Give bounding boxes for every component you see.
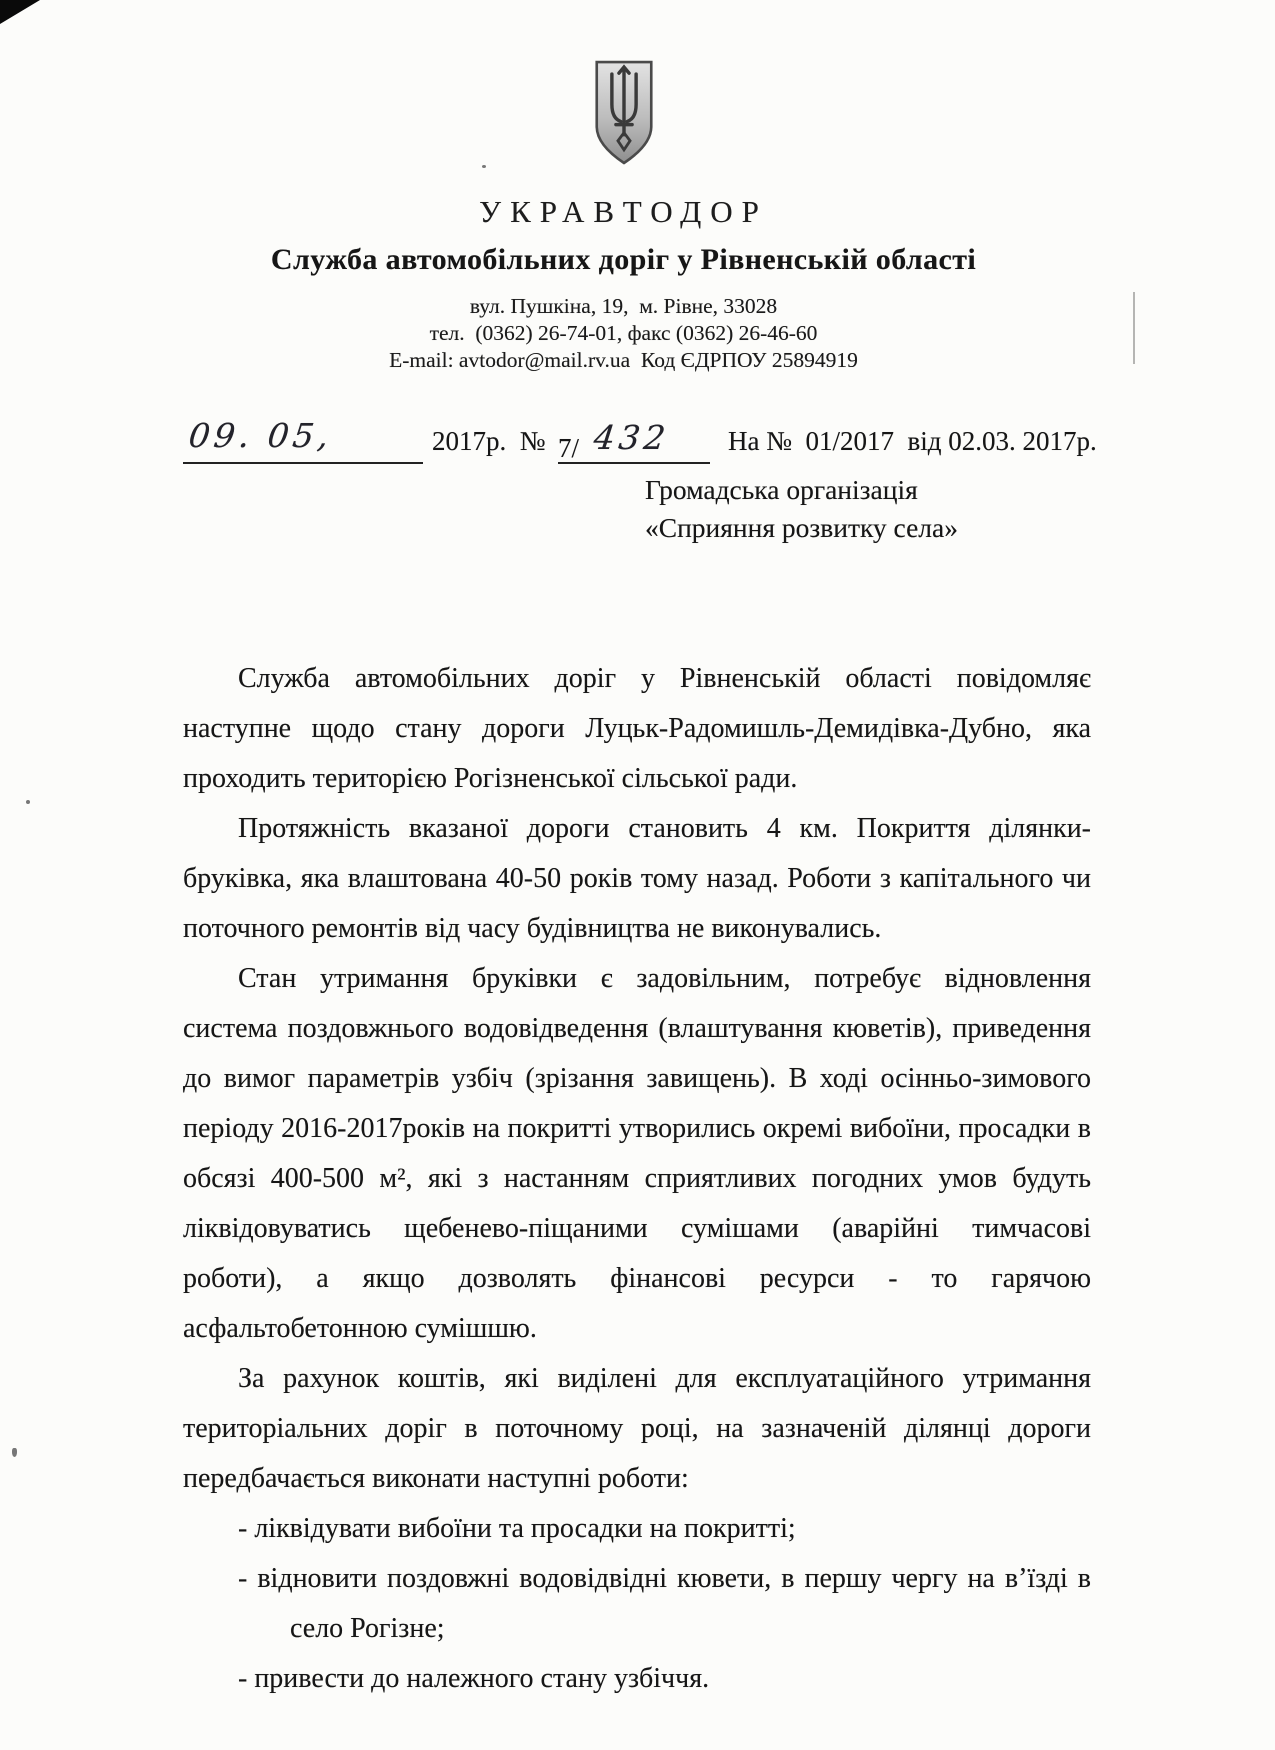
reference-line: 09. 05, 2017р. № 7/ 432 На № 01/2017 від…: [0, 416, 1275, 480]
recipient-line-2: «Сприяння розвитку села»: [645, 509, 958, 547]
scanned-letter-page: УКРАВТОДОР Служба автомобільних доріг у …: [0, 0, 1275, 1750]
outgoing-date-handwritten: 09. 05,: [187, 416, 335, 455]
organization-name: Служба автомобільних доріг у Рівненській…: [0, 243, 1261, 277]
scan-corner-artifact: [0, 0, 40, 24]
paragraph-4: За рахунок коштів, які виділені для експ…: [183, 1354, 1091, 1504]
outgoing-date-field: 09. 05,: [183, 416, 423, 464]
outgoing-number-field: 7/ 432: [558, 416, 710, 464]
paragraph-1: Служба автомобільних доріг у Рівненській…: [183, 654, 1091, 804]
recipient-line-1: Громадська організація: [645, 471, 958, 509]
number-handwritten: 432: [591, 418, 671, 457]
trident-emblem-icon: [593, 60, 655, 166]
scan-artifact: [26, 800, 30, 804]
email-edrpou-line: E-mail: avtodor@mail.rv.ua Код ЄДРПОУ 25…: [0, 347, 1261, 374]
paragraph-3: Стан утримання бруківки є задовільним, п…: [183, 954, 1091, 1354]
list-item-1: - ліквідувати вибоїни та просадки на пок…: [183, 1504, 1091, 1554]
phone-fax-line: тел. (0362) 26-74-01, факс (0362) 26-46-…: [0, 320, 1261, 347]
recipient-block: Громадська організація «Сприяння розвитк…: [645, 471, 958, 546]
paragraph-2: Протяжність вказаної дороги становить 4 …: [183, 804, 1091, 954]
letterhead: УКРАВТОДОР Служба автомобільних доріг у …: [0, 60, 1261, 374]
year-and-number-label: 2017р. №: [432, 426, 546, 457]
address-line: вул. Пушкіна, 19, м. Рівне, 33028: [0, 293, 1261, 320]
list-item-3: - привести до належного стану узбіччя.: [183, 1654, 1091, 1704]
list-item-2: - відновити поздовжні водовідвідні кювет…: [183, 1554, 1091, 1654]
number-prefix: 7/: [558, 433, 579, 463]
agency-name: УКРАВТОДОР: [0, 194, 1261, 230]
letter-body: Служба автомобільних доріг у Рівненській…: [183, 654, 1091, 1704]
scan-artifact: [12, 1448, 17, 1457]
incoming-reference: На № 01/2017 від 02.03. 2017р.: [728, 426, 1097, 457]
